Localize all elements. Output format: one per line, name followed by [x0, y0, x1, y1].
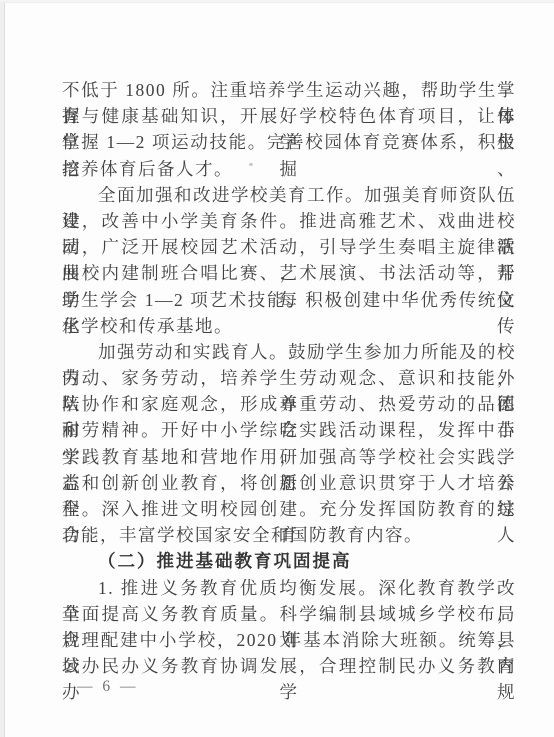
text-line: 学生学会 1—2 项艺术技能。积极创建中华优秀传统文化传 [62, 287, 516, 313]
text-line: 公办民办义务教育协调发展，合理控制民办义务教育办学规 [62, 653, 516, 679]
text-line: 加强劳动和实践育人。鼓励学生参加力所能及的校内外 [62, 339, 516, 365]
text-line: 掌握 1—2 项运动技能。完善校园体育竞赛体系，积极挖掘、 [62, 129, 516, 155]
text-line: 动，广泛开展校园艺术活动，引导学生奏唱主旋律歌曲，开 [62, 234, 516, 260]
text-line: 程。深入推进文明校园创建。充分发挥国防教育的综合育人 [62, 496, 516, 522]
text-line: 益和创新创业教育，将创新创业意识贯穿于人才培养全过 [62, 470, 516, 496]
text-line: 设，改善中小学美育条件。推进高雅艺术、戏曲进校园活 [62, 208, 516, 234]
document-body: 不低于 1800 所。注重培养学生运动兴趣，帮助学生掌握体 育与健康基础知识，开… [62, 77, 516, 679]
text-line: 全面加强和改进学校美育工作。加强美育师资队伍建 [62, 182, 516, 208]
text-line: 实践教育基地和营地作用，加强高等学校社会实践、志愿公 [62, 444, 516, 470]
text-line: 1. 推进义务教育优质均衡发展。深化教育教学改革， [62, 575, 516, 601]
scan-edge-top [0, 0, 554, 3]
scan-edge-left [0, 0, 5, 737]
text-line: 耐劳精神。开好中小学综合实践活动课程，发挥中小学研学 [62, 417, 516, 443]
page-number: — 6 — [77, 678, 139, 696]
scan-speck [249, 163, 253, 166]
text-line: 展校内建制班合唱比赛、艺术展演、书法活动等，帮助每位 [62, 260, 516, 286]
text-line: 合理配建中小学校，2020 年基本消除大班额。统筹县域内 [62, 627, 516, 653]
section-heading: （二）推进基础教育巩固提高 [62, 548, 516, 574]
text-line: 全面提高义务教育质量。科学编制县域城乡学校布局规划， [62, 601, 516, 627]
scanned-document-page: 不低于 1800 所。注重培养学生运动兴趣，帮助学生掌握体 育与健康基础知识，开… [0, 0, 554, 737]
text-line: 不低于 1800 所。注重培养学生运动兴趣，帮助学生掌握体 [62, 77, 516, 103]
text-line: 劳动、家务劳动，培养学生劳动观念、意识和技能，培养团 [62, 365, 516, 391]
text-line: 队协作和家庭观念，形成尊重劳动、热爱劳动的品德和吃苦 [62, 391, 516, 417]
text-line: 育与健康基础知识，开展好学校特色体育项目，让每位学生 [62, 103, 516, 129]
